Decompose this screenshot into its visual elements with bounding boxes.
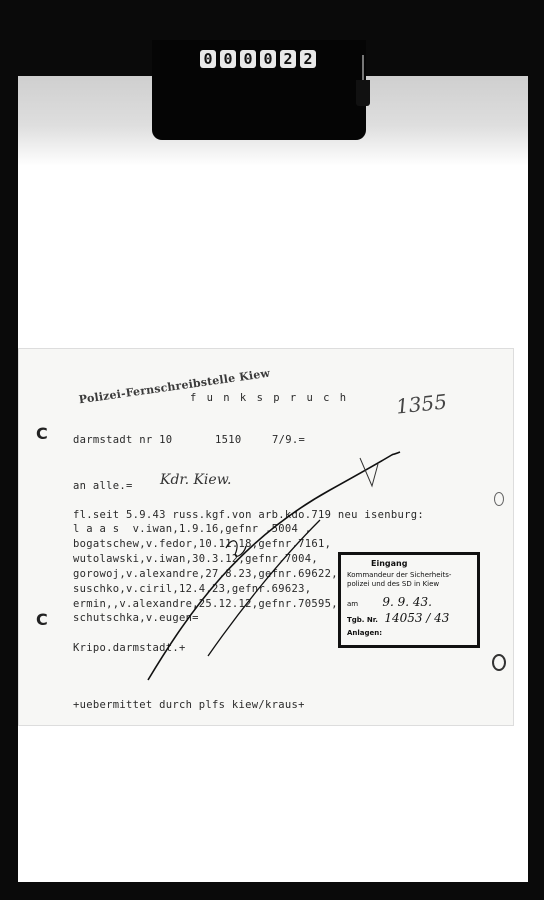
strike-line <box>148 452 400 680</box>
strike-line <box>208 520 320 656</box>
handwritten-strike-marks <box>0 0 544 900</box>
